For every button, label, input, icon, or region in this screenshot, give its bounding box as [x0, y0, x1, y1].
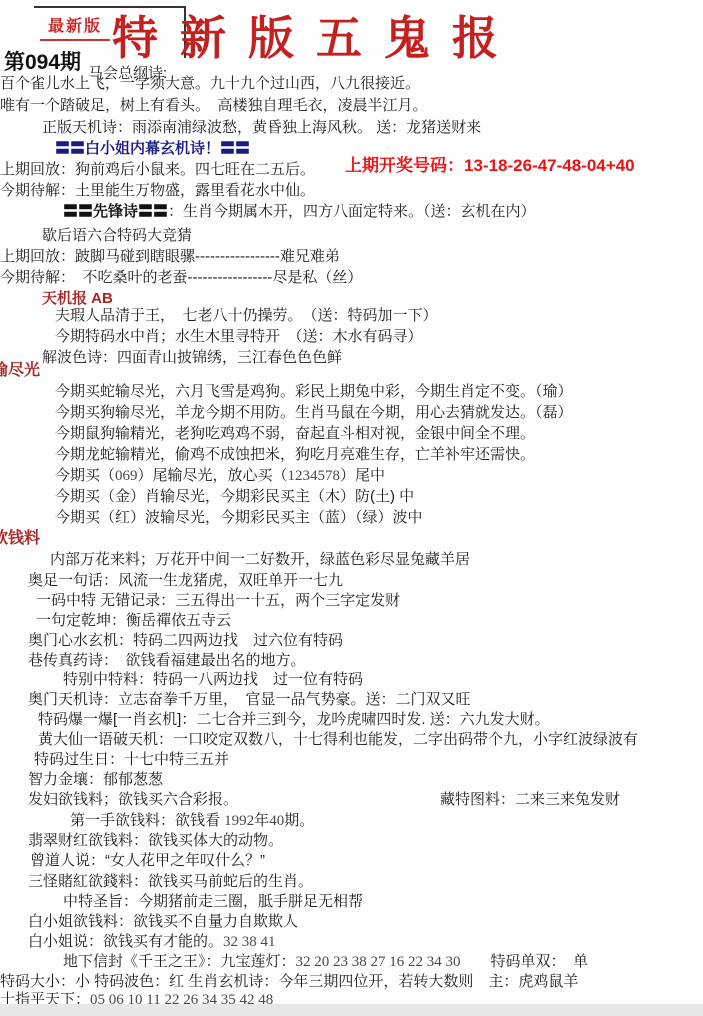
- edition-tag: 最新版: [40, 12, 110, 41]
- text-segment-default: 年: [254, 812, 269, 829]
- text-segment-black-bold: 〓〓先锋诗〓〓: [63, 203, 168, 220]
- text-segment-default: 解波色诗：四面青山披锦绣，三江春色色色鲜: [42, 349, 342, 366]
- text-segment-default: 今期待解： 不吃桑叶的老蚕-----------------尽是私（丝）: [0, 269, 362, 286]
- text-segment-default: 奥门天机诗：立志奋拳千万里， 官显一品气势豪。送：二门双又旺: [28, 691, 471, 708]
- text-segment-serif: 1992: [224, 813, 254, 829]
- text-segment-bright-red: 上期开奖号码：13-18-26-47-48-04+40: [345, 156, 635, 175]
- text-segment-default: 歇后语六合特码大竞猜: [42, 227, 192, 244]
- text-line: 百个雀儿水上飞，一字须大意。九十九个过山西，八九很接近。: [0, 75, 420, 92]
- text-segment-default: 奥足一句话：风流一生龙猪虎，双旺单开一七九: [28, 572, 343, 589]
- text-line: 黄大仙一语破天机：一口咬定双数八，十七得利也能发，二字出码带个九，小字红波绿波有: [38, 731, 638, 748]
- text-segment-serif: 069: [115, 468, 138, 484]
- text-segment-red-heading-lg: 输尽光: [0, 362, 40, 379]
- text-segment-default: 今期龙蛇输精光，偷鸡不成蚀把米，狗吃月亮难生存，亡羊补牢还需快。: [55, 446, 535, 463]
- text-segment-default: 地下信封《千王之王》：九宝莲灯：: [63, 953, 296, 970]
- text-line: 正版天机诗：雨添南浦绿波愁，黄昏独上海风秋。 送：龙猪送财来: [42, 119, 481, 136]
- text-segment-serif: 40: [269, 813, 284, 829]
- text-segment-default: 内部万花来料；万花开中间一二好数开，绿蓝色彩尽显兔藏羊居: [50, 551, 470, 568]
- issue-number: 第094期: [4, 46, 81, 76]
- text-line: 今期买（红）波输尽光，今期彩民买主（蓝）（绿）波中: [55, 509, 423, 526]
- text-segment-default: 三怪賭紅欲錢料：欲钱买马前蛇后的生肖。: [28, 873, 313, 890]
- text-segment-default: 特码大小：小 特码波色：红 生肖玄机诗：今年三期四位开，若转大数则 主：虎鸡鼠羊: [0, 973, 578, 990]
- text-segment-default: 发妇欲钱料；欲钱买六合彩报。: [28, 791, 238, 808]
- text-segment-default: 一码中特 无错记录：三五得出一十五，两个三字定发财: [36, 592, 400, 609]
- text-segment-default: 今期买（金）肖输尽光，今期彩民买主（木）防(土) 中: [55, 488, 414, 505]
- text-segment-default: 藏特图料：二来三来兔发财: [440, 791, 620, 808]
- text-segment-default: ）尾输尽光，放心买（: [138, 467, 288, 484]
- text-segment-default: 今期买狗输尽光，羊龙今期不用防。生肖马鼠在今期，用心去猜就发达。（磊）: [55, 404, 573, 421]
- text-segment-default: 今期特码水中肖；水生木里寻特开 （送：木水有码寻）: [55, 328, 423, 345]
- text-segment-default: 特码过生日：十七中特三五并: [34, 751, 229, 768]
- text-line: 三怪賭紅欲錢料：欲钱买马前蛇后的生肖。: [28, 873, 313, 890]
- text-line: 曾道人说：“女人花甲之年叹什么？”: [30, 852, 265, 869]
- text-segment-default: 曾道人说：“女人花甲之年叹什么？”: [30, 852, 265, 869]
- text-line: 今期买蛇输尽光，六月飞雪是鸡狗。彩民上期兔中彩，今期生肖定不变。（瑜）: [55, 383, 573, 400]
- text-line: 夫瑕人品清于王， 七老八十仍操劳。 （送：特码加一下）: [55, 307, 438, 324]
- text-line: 上期回放：跛脚马碰到瞎眼骡-----------------难兄难弟: [0, 248, 340, 265]
- text-line: 今期特码水中肖；水生木里寻特开 （送：木水有码寻）: [55, 328, 423, 345]
- text-segment-default: 正版天机诗：雨添南浦绿波愁，黄昏独上海风秋。 送：龙猪送财来: [42, 119, 481, 136]
- text-line: 奥门心水玄机：特码二四两边找 过六位有特码: [28, 632, 343, 649]
- text-line: 特码大小：小 特码波色：红 生肖玄机诗：今年三期四位开，若转大数则 主：虎鸡鼠羊: [0, 973, 578, 990]
- text-line: 奥门天机诗：立志奋拳千万里， 官显一品气势豪。送：二门双又旺: [28, 691, 471, 708]
- text-line: 一句定乾坤：衡岳禪依五寺云: [36, 612, 231, 629]
- text-line: 〓〓先锋诗〓〓：生肖今期属木开，四方八面定特来。（送：玄机在内）: [63, 203, 536, 220]
- text-segment-default: 今期买蛇输尽光，六月飞雪是鸡狗。彩民上期兔中彩，今期生肖定不变。（瑜）: [55, 383, 573, 400]
- text-line: 第一手欲钱料：欲钱看 1992年40期。: [70, 812, 314, 830]
- text-line: 上期回放：狗前鸡后小鼠来。四七旺在二五后。: [0, 161, 315, 178]
- text-line: 今期待解： 不吃桑叶的老蚕-----------------尽是私（丝）: [0, 269, 362, 286]
- text-segment-default: 一句定乾坤：衡岳禪依五寺云: [36, 612, 231, 629]
- text-line: 上期开奖号码：13-18-26-47-48-04+40: [345, 157, 635, 175]
- text-segment-default: 上期回放：狗前鸡后小鼠来。四七旺在二五后。: [0, 161, 315, 178]
- text-segment-default: 白小姐说：欲钱买有才能的。: [28, 933, 223, 950]
- text-segment-default: 上期回放：跛脚马碰到瞎眼骡-----------------难兄难弟: [0, 248, 340, 265]
- text-line: 地下信封《千王之王》：九宝莲灯：32 20 23 38 27 16 22 34 …: [63, 953, 588, 971]
- text-line: 天机报 AB: [42, 290, 113, 307]
- text-line: 智力金壤：郁郁葱葱: [28, 771, 163, 788]
- text-segment-default: 奥门心水玄机：特码二四两边找 过六位有特码: [28, 632, 343, 649]
- text-line: 特别中特料：特码一八两边找 过一位有特码: [63, 671, 363, 688]
- text-line: 今期买（069）尾输尽光，放心买（1234578）尾中: [55, 467, 385, 485]
- text-line: 翡翠财红欲钱料：欲钱买体大的动物。: [28, 832, 283, 849]
- text-segment-default: 今期买（红）波输尽光，今期彩民买主（蓝）（绿）波中: [55, 509, 423, 526]
- text-line: 中特圣旨：今期猪前走三圈，胝手胼足无相帮: [63, 893, 363, 910]
- text-segment-default: 特码爆一爆[一肖玄机]：二七合并三到今，龙吟虎啸四时发. 送：六九发大财。: [38, 711, 550, 728]
- text-line: 今期买狗输尽光，羊龙今期不用防。生肖马鼠在今期，用心去猜就发达。（磊）: [55, 404, 573, 421]
- text-line: 巷传真药诗： 欲钱看福建最出名的地方。: [28, 652, 306, 669]
- text-segment-default: ：生肖今期属木开，四方八面定特来。（送：玄机在内）: [168, 203, 536, 220]
- text-segment-default: 翡翠财红欲钱料：欲钱买体大的动物。: [28, 832, 283, 849]
- text-line: 内部万花来料；万花开中间一二好数开，绿蓝色彩尽显兔藏羊居: [50, 551, 470, 568]
- text-line: 藏特图料：二来三来兔发财: [440, 791, 620, 808]
- text-segment-default: 白小姐欲钱料：欲钱买不自量力自欺欺人: [28, 913, 298, 930]
- text-segment-default: 第一手欲钱料：欲钱看: [70, 812, 224, 829]
- text-segment-default: 今期买（: [55, 467, 115, 484]
- text-line: 白小姐说：欲钱买有才能的。32 38 41: [28, 933, 276, 951]
- text-line: 今期鼠狗输精光，老狗吃鸡鸡不弱，奋起直斗相对视，金银中间全不理。: [55, 425, 535, 442]
- text-segment-red-heading: 天机报 AB: [42, 290, 113, 307]
- text-line: 今期买（金）肖输尽光，今期彩民买主（木）防(土) 中: [55, 488, 414, 505]
- text-line: 奥足一句话：风流一生龙猪虎，双旺单开一七九: [28, 572, 343, 589]
- text-line: 〓〓白小姐内幕玄机诗！〓〓: [55, 140, 250, 157]
- text-line: 今期待解：土里能生万物盛，露里看花水中仙。: [0, 182, 315, 199]
- page-title: 特新版五鬼报: [112, 2, 520, 68]
- text-segment-red-heading-lg: 欲钱料: [0, 530, 40, 547]
- text-segment-default: 特别中特料：特码一八两边找 过一位有特码: [63, 671, 363, 688]
- text-segment-default: 黄大仙一语破天机：一口咬定双数八，十七得利也能发，二字出码带个九，小字红波绿波有: [38, 731, 638, 748]
- text-segment-default: 智力金壤：郁郁葱葱: [28, 771, 163, 788]
- text-line: 一码中特 无错记录：三五得出一十五，两个三字定发财: [36, 592, 400, 609]
- text-line: 唯有一个踏破足，树上有看头。 高楼独自理毛衣，凌晨半江月。: [0, 97, 428, 114]
- text-line: 白小姐欲钱料：欲钱买不自量力自欺欺人: [28, 913, 298, 930]
- text-line: 特码过生日：十七中特三五并: [34, 751, 229, 768]
- text-line: 输尽光: [0, 362, 40, 379]
- text-segment-default: 期。: [284, 812, 314, 829]
- text-segment-default: 唯有一个踏破足，树上有看头。 高楼独自理毛衣，凌晨半江月。: [0, 97, 428, 114]
- footer-bar: [0, 1004, 703, 1016]
- text-segment-default: 特码单双： 单: [461, 953, 589, 970]
- text-segment-default: 夫瑕人品清于王， 七老八十仍操劳。 （送：特码加一下）: [55, 307, 438, 324]
- text-segment-serif: 32 20 23 38 27 16 22 34 30: [296, 954, 461, 970]
- text-line: 特码爆一爆[一肖玄机]：二七合并三到今，龙吟虎啸四时发. 送：六九发大财。: [38, 711, 550, 728]
- text-segment-default: 巷传真药诗： 欲钱看福建最出名的地方。: [28, 652, 306, 669]
- text-segment-serif: 32 38 41: [223, 934, 276, 950]
- text-line: 歇后语六合特码大竞猜: [42, 227, 192, 244]
- text-line: 发妇欲钱料；欲钱买六合彩报。: [28, 791, 238, 808]
- text-segment-default: 中特圣旨：今期猪前走三圈，胝手胼足无相帮: [63, 893, 363, 910]
- text-line: 今期龙蛇输精光，偷鸡不成蚀把米，狗吃月亮难生存，亡羊补牢还需快。: [55, 446, 535, 463]
- text-segment-default: 今期待解：土里能生万物盛，露里看花水中仙。: [0, 182, 315, 199]
- text-segment-navy-bold: 〓〓白小姐内幕玄机诗！〓〓: [55, 140, 250, 157]
- text-line: 欲钱料: [0, 530, 40, 547]
- text-segment-serif: 1234578: [288, 468, 341, 484]
- five-ghost-report-page: 最新版 特新版五鬼报 第094期 马会总纲诗: 百个雀儿水上飞，一字须大意。九十…: [0, 0, 703, 1016]
- text-segment-default: 今期鼠狗输精光，老狗吃鸡鸡不弱，奋起直斗相对视，金银中间全不理。: [55, 425, 535, 442]
- text-line: 解波色诗：四面青山披锦绣，三江春色色色鲜: [42, 349, 342, 366]
- text-segment-default: 百个雀儿水上飞，一字须大意。九十九个过山西，八九很接近。: [0, 75, 420, 92]
- text-segment-default: ）尾中: [340, 467, 385, 484]
